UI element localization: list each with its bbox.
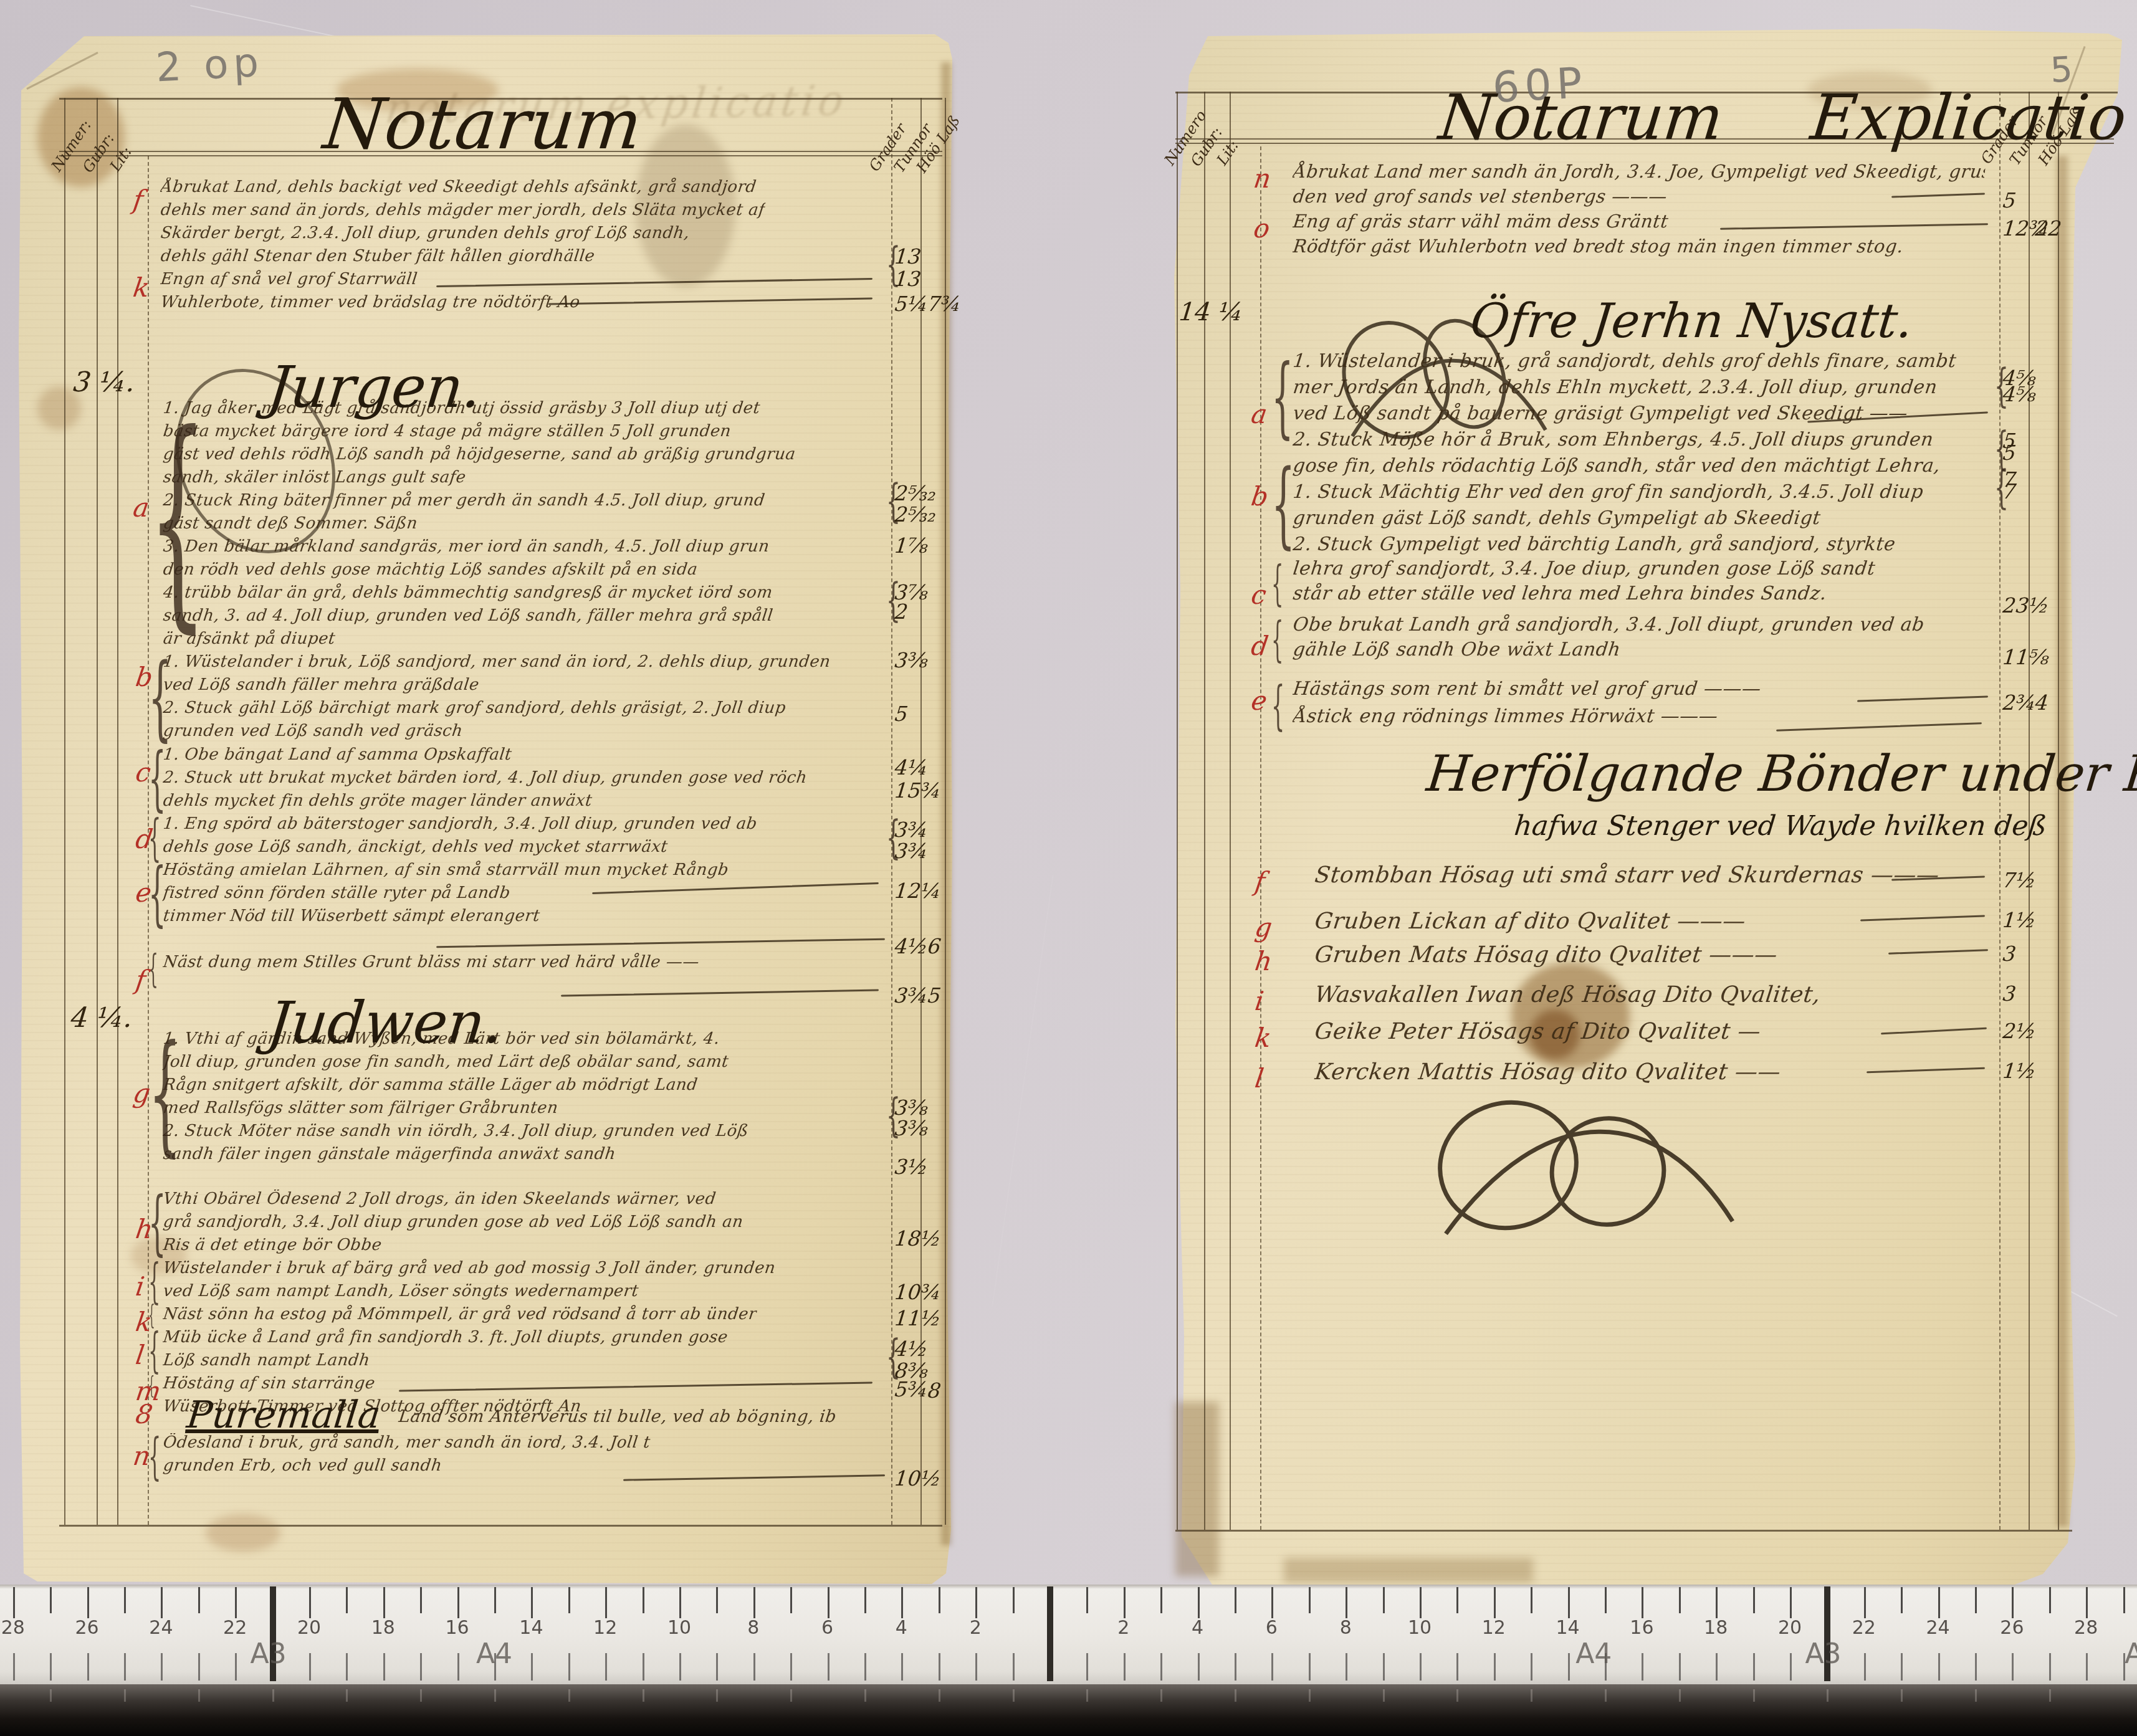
ruler-tick <box>1790 1587 1792 1618</box>
ruler-number: 26 <box>2000 1617 2024 1639</box>
ruler-tick <box>1235 1587 1236 1613</box>
margin-number: 3 ¼. <box>72 366 136 398</box>
ruler-tick <box>1309 1689 1311 1702</box>
manuscript-line: Engn af snå vel grof Starrwäll <box>160 270 419 289</box>
manuscript-line: gose fin, dehls rödachtig Löß sandh, stå… <box>1292 455 1942 477</box>
ruler-tick <box>346 1689 348 1702</box>
ruler-tick <box>1494 1587 1496 1618</box>
manuscript-line: Näst dung mem Stilles Grunt bläss mi sta… <box>162 953 700 971</box>
ruler-tick <box>679 1653 681 1681</box>
ruler-tick <box>2049 1653 2051 1681</box>
ruler-tick <box>790 1653 792 1681</box>
manuscript-line: Löß sandh nampt Landh <box>162 1351 371 1370</box>
ruler-number: 22 <box>223 1617 247 1639</box>
manuscript-line: Rödtför gäst Wuhlerbotn ved bredt stog m… <box>1292 236 1905 257</box>
section-heading-judwen: Judwen. <box>264 990 506 1056</box>
value-entry: 15¾ <box>894 778 942 803</box>
ruler-tick <box>420 1587 422 1613</box>
ruler-tick <box>901 1587 903 1618</box>
bed-scratch <box>992 874 1053 1306</box>
manuscript-line: 2. Stuck Möße hör å Bruk, som Ehnbergs, … <box>1292 429 1934 451</box>
table-rule-vertical <box>1260 146 1263 1530</box>
manuscript-line: Wuhlerbote, timmer ved brädslag tre nödt… <box>160 293 581 312</box>
manuscript-line: 2. Stuck Möter näse sandh vin iördh, 3.4… <box>162 1122 750 1140</box>
ruler-tick <box>1456 1689 1458 1702</box>
ruler-tick <box>13 1653 15 1681</box>
value-entry: 3 <box>2002 942 2017 966</box>
value-entry: 10¾ <box>894 1280 942 1304</box>
ruler-number: 2 <box>970 1617 982 1639</box>
ruler-tick <box>1124 1587 1126 1618</box>
ruler-tick <box>346 1587 348 1613</box>
ruler-tick <box>716 1653 718 1681</box>
ruler-tick <box>124 1587 126 1613</box>
ruler-number: 16 <box>446 1617 469 1639</box>
ruler-number: 16 <box>1630 1617 1653 1639</box>
ruler-tick <box>2012 1587 2014 1618</box>
section-heading-bonder: Herfölgande Bönder under Ryhof <box>1424 745 2137 803</box>
ruler-tick <box>13 1587 15 1618</box>
brace-mark: { <box>148 1327 160 1374</box>
manuscript-line: Åbrukat Land, dehls backigt ved Skeedigt… <box>160 178 757 196</box>
ruler-tick <box>790 1587 792 1613</box>
ruler-tick <box>383 1587 385 1618</box>
ruler-tick <box>1531 1689 1532 1702</box>
value-entry: 3 <box>2002 981 2017 1006</box>
ruler-tick <box>124 1653 126 1681</box>
ruler-tick <box>2012 1653 2014 1681</box>
ruler-tick <box>161 1653 163 1681</box>
brace-mark: { <box>148 1028 181 1159</box>
ruler-tick <box>1642 1587 1643 1618</box>
ruler-number: 4 <box>896 1617 907 1639</box>
value-entry: 5¾ <box>894 1377 929 1401</box>
manuscript-line: Gruben Lickan af dito Qvalitet ——— <box>1313 909 1747 934</box>
table-rule-vertical <box>64 98 65 1525</box>
value-entry: 3½ <box>894 1155 929 1179</box>
ruler-tick <box>50 1689 52 1702</box>
ruler-tick <box>1086 1653 1088 1681</box>
ruler-tick <box>1047 1586 1053 1681</box>
manuscript-line: Näst sönn ha estog på Mömmpell, är grå v… <box>162 1305 758 1323</box>
value-entry: 11½ <box>894 1306 942 1330</box>
section-heading-bonder-sub: hafwa Stenger ved Wayde hvilken deß <box>1513 810 2048 842</box>
table-rule-vertical <box>97 98 98 1525</box>
ruler-tick <box>1679 1587 1681 1613</box>
table-rule-vertical <box>117 98 118 1525</box>
manuscript-line: Skärder bergt, 2.3.4. Joll diup, grunden… <box>160 224 691 242</box>
ruler-tick <box>383 1653 385 1681</box>
manuscript-line: grunden Erb, och ved gull sandh <box>162 1456 443 1475</box>
ruler-tick <box>939 1653 940 1681</box>
value-entry: 1⅞ <box>894 533 929 558</box>
ruler-number: 10 <box>1408 1617 1432 1639</box>
ruler-tick <box>1901 1653 1903 1681</box>
ruler-tick <box>605 1653 607 1681</box>
ruler-tick <box>1420 1653 1422 1681</box>
manuscript-line: grunden ved Löß sandh ved gräsch <box>162 722 464 740</box>
brace-mark: { <box>148 1432 161 1482</box>
ruler-number: 8 <box>1340 1617 1352 1639</box>
ruler-number: 10 <box>667 1617 691 1639</box>
ruler-tick <box>1975 1587 1977 1613</box>
ruler-tick <box>1753 1653 1755 1681</box>
ruler-number: 20 <box>297 1617 321 1639</box>
ruler-tick <box>568 1653 570 1681</box>
ruler-tick <box>235 1653 237 1681</box>
margin-number: 14 ¼ <box>1178 298 1245 327</box>
manuscript-line: Eng af gräs starr vähl mäm dess Gräntt <box>1292 211 1670 232</box>
ruler-tick <box>1309 1587 1311 1613</box>
ruler-number: 14 <box>1556 1617 1580 1639</box>
ruler-tick <box>309 1587 311 1618</box>
ruler-tick <box>420 1653 422 1681</box>
brace-mark: { <box>148 950 158 988</box>
value-entry: 2 <box>894 599 909 624</box>
ruler-tick <box>1160 1587 1162 1613</box>
ruler-tick <box>1456 1653 1458 1681</box>
manuscript-line: Kercken Mattis Hösag dito Qvalitet —— <box>1313 1059 1782 1085</box>
ruler-tick <box>198 1653 200 1681</box>
ruler-number: 24 <box>149 1617 173 1639</box>
value-entry: 2¾ <box>2002 690 2037 715</box>
ruler-tick <box>494 1587 496 1613</box>
ruler-tick <box>1383 1587 1385 1613</box>
ruler-tick <box>1160 1653 1162 1681</box>
ruler-tick <box>1975 1689 1977 1702</box>
manuscript-line: Müb ücke å Land grå fin sandjordh 3. ft.… <box>162 1328 729 1347</box>
ruler-tick <box>1013 1653 1015 1681</box>
manuscript-line: Åstick eng rödnings limmes Hörwäxt ——— <box>1292 705 1719 727</box>
ruler-tick <box>643 1653 644 1681</box>
page-title-left: Notarum <box>320 84 646 165</box>
value-entry: 3¾ <box>894 839 929 863</box>
manuscript-line: den ved grof sands vel stenbergs ——— <box>1292 186 1668 207</box>
scanner-bed-edge <box>0 1684 2137 1736</box>
manuscript-line: mer Jords än Landh, dehls Ehln myckett, … <box>1292 376 1939 398</box>
ruler-tick <box>1124 1653 1126 1681</box>
table-rule-vertical <box>1177 92 1178 1530</box>
ruler-tick <box>1086 1689 1088 1702</box>
ruler-tick <box>864 1587 866 1613</box>
ruler-tick <box>1198 1653 1200 1681</box>
ruler-tick <box>1568 1587 1570 1618</box>
manuscript-line: lehra grof sandjordt, 3.4. Joe diup, gru… <box>1292 558 1876 579</box>
manuscript-line: Stombban Hösag uti små starr ved Skurder… <box>1313 862 1941 888</box>
manuscript-line: 2. Stuck Gympeligt ved bärchtig Landh, g… <box>1292 533 1897 555</box>
section-heading-jerhn: Öfre Jerhn Nysatt. <box>1468 293 1915 348</box>
manuscript-line: 2. Stuck Ring bäter finner på mer gerdh … <box>162 491 766 510</box>
ruler-number: 12 <box>1482 1617 1506 1639</box>
manuscript-line: Geike Peter Hösags af Dito Qvalitet — <box>1313 1019 1762 1044</box>
ruler-number: 20 <box>1778 1617 1802 1639</box>
ruler-tick <box>828 1653 829 1681</box>
ruler-tick <box>531 1653 533 1681</box>
value-entry: 18½ <box>894 1226 942 1251</box>
ruler-tick <box>790 1689 792 1702</box>
value-entry: 1½ <box>2002 1059 2037 1083</box>
page-title-right: Notarum Explicatio <box>1436 81 2130 154</box>
value-entry: 4¼ <box>894 755 929 780</box>
value-entry: 4⅝ <box>2002 382 2037 406</box>
ruler-number: 2 <box>1117 1617 1129 1639</box>
manuscript-line: 1. Wüstelander i bruk, grå sandjordt, de… <box>1292 350 1958 372</box>
manuscript-line: Gruben Mats Hösag dito Qvalitet ——— <box>1313 942 1779 968</box>
value-entry: 5 <box>2002 188 2017 212</box>
manuscript-line: 3. Den bälar mårkland sandgräs, mer iord… <box>162 537 770 556</box>
value-entry: 5¼ <box>894 292 929 316</box>
ruler-tick <box>1753 1689 1755 1702</box>
ruler-tick <box>568 1587 570 1613</box>
ruler-tick <box>1309 1653 1311 1681</box>
brace-mark: { <box>148 404 207 634</box>
ruler-tick <box>679 1587 681 1618</box>
ruler-tick <box>643 1689 644 1702</box>
ruler-tick <box>1235 1653 1236 1681</box>
manuscript-line: sandh fäler ingen gänstale mägerfinda an… <box>162 1145 617 1163</box>
manuscript-line: 2. Stuck utt brukat mycket bärden iord, … <box>162 768 808 787</box>
value-entry: 10½ <box>894 1466 942 1490</box>
brace-mark: { <box>1271 616 1283 663</box>
manuscript-line: 1. Eng spörd ab bäterstoger sandjordh, 3… <box>162 814 758 833</box>
manuscript-line: grunden gäst Löß sandt, dehls Gympeligt … <box>1292 507 1822 529</box>
ruler-tick <box>1383 1653 1385 1681</box>
manuscript-line: 4. trübb bälar än grå, dehls bämmechtig … <box>162 583 773 602</box>
ruler-tick <box>1827 1689 1829 1702</box>
ruler-tick <box>1346 1587 1347 1618</box>
manuscript-line: 1. Stuck Mächtig Ehr ved den grof fin sa… <box>1292 481 1924 503</box>
manuscript-line: Wasvakallen Iwan deß Hösag Dito Qvalitet… <box>1313 982 1822 1008</box>
ruler-tick <box>2086 1653 2088 1681</box>
value-entry: 3¾ <box>894 983 929 1008</box>
ruler-tick <box>1679 1689 1681 1702</box>
ruler-tick <box>864 1689 866 1702</box>
ruler-tick <box>346 1653 348 1681</box>
ruler-tick <box>975 1587 977 1618</box>
ruler-tick <box>531 1587 533 1618</box>
ruler-size-label: A4 <box>476 1638 512 1670</box>
manuscript-line: grå sandjordh, 3.4. Joll diup grunden go… <box>162 1213 744 1231</box>
manuscript-line: dehls mer sand än jords, dehls mägder me… <box>160 201 766 219</box>
manuscript-line: fistred sönn förden ställe ryter på Land… <box>162 884 512 902</box>
ruler-tick <box>87 1653 89 1681</box>
manuscript-line: Höstäng amielan Lährnen, af sin små star… <box>162 861 730 879</box>
ruler-tick <box>2049 1587 2051 1613</box>
brace-mark: { <box>1271 458 1295 551</box>
value-entry: 23½ <box>2002 593 2050 618</box>
manuscript-line: dehls gähl Stenar den Stuber fält hållen… <box>160 247 596 265</box>
ruler-tick <box>901 1653 903 1681</box>
ruler: 2826242220181614121086422468101214161820… <box>0 1585 2137 1684</box>
ruler-tick <box>939 1587 940 1613</box>
ruler-size-label: A <box>2125 1638 2137 1670</box>
ruler-tick <box>1975 1653 1977 1681</box>
manuscript-line: 2. Stuck gähl Löß bärchigt mark grof san… <box>162 699 787 717</box>
manuscript-line: sandh, skäler inlöst Langs gult safe <box>162 468 467 487</box>
ruler-number: 24 <box>1926 1617 1950 1639</box>
manuscript-line: 1. Wüstelander i bruk, Löß sandjord, mer… <box>162 652 831 671</box>
ruler-tick <box>828 1587 829 1618</box>
ruler-tick <box>1531 1587 1532 1613</box>
brace-mark: { <box>1271 679 1284 732</box>
ruler-tick <box>1383 1689 1385 1702</box>
ruler-tick <box>864 1653 866 1681</box>
ruler-tick <box>1679 1653 1681 1681</box>
value-entry: 6 <box>927 934 942 958</box>
ruler-tick <box>1901 1587 1903 1613</box>
brace-mark: { <box>1271 560 1283 607</box>
ruler-tick <box>457 1653 459 1681</box>
manuscript-line: timmer Nöd till Wüserbett sämpt elerange… <box>162 907 541 925</box>
ruler-size-label: A3 <box>251 1638 287 1670</box>
ruler-number: 26 <box>75 1617 99 1639</box>
ruler-tick <box>939 1689 940 1702</box>
ruler-tick <box>1346 1653 1347 1681</box>
margin-number: 4 ¼. <box>69 1002 134 1034</box>
manuscript-line: ved Löß sam nampt Landh, Löser söngts we… <box>162 1282 639 1300</box>
value-entry: 13 <box>894 267 922 291</box>
ruler-tick <box>1864 1587 1866 1618</box>
ruler-tick <box>198 1587 200 1613</box>
manuscript-line: gähle Löß sandh Obe wäxt Landh <box>1292 639 1622 661</box>
ruler-tick <box>1716 1653 1718 1681</box>
manuscript-line: ved Löß sandh fäller mehra gräßdale <box>162 675 480 694</box>
ruler-tick <box>1420 1587 1422 1618</box>
ruler-number: 18 <box>371 1617 395 1639</box>
value-entry: 4 <box>2034 690 2050 715</box>
ruler-tick <box>1271 1653 1273 1681</box>
ruler-tick <box>605 1587 607 1618</box>
ruler-tick <box>753 1653 755 1681</box>
ruler-number: 4 <box>1192 1617 1203 1639</box>
scanned-manuscript: { "scan": { "pencil_note_left": "2 op", … <box>0 0 2137 1736</box>
ruler-tick <box>494 1689 496 1702</box>
ruler-tick <box>1160 1689 1162 1702</box>
ruler-tick <box>1605 1689 1607 1702</box>
ruler-size-label: A3 <box>1805 1638 1841 1670</box>
value-entry: 7 <box>2002 479 2017 503</box>
ruler-tick <box>1901 1689 1903 1702</box>
table-rule-horizontal <box>59 1525 942 1527</box>
section-heading-jurgen: Jurgen. <box>264 354 484 421</box>
ruler-tick <box>753 1587 755 1618</box>
ruler-tick <box>124 1689 126 1702</box>
ruler-tick <box>235 1587 237 1618</box>
ruler-tick <box>1605 1587 1607 1613</box>
manuscript-line: Hästängs som rent bi smått vel grof grud… <box>1292 678 1762 700</box>
value-entry: 22 <box>2034 216 2063 241</box>
ruler-tick <box>1456 1587 1458 1613</box>
ruler-tick <box>309 1653 311 1681</box>
ruler-tick <box>87 1587 89 1618</box>
value-entry: 11⅝ <box>2002 645 2050 669</box>
ruler-tick <box>2049 1689 2051 1702</box>
ruler-number: 28 <box>2074 1617 2098 1639</box>
value-entry: 2½ <box>2002 1019 2037 1043</box>
manuscript-line: Obe brukat Landh grå sandjordh, 3.4. Jol… <box>1292 614 1926 636</box>
section-heading-puremalla: Puremalla <box>184 1393 382 1437</box>
ruler-number: 6 <box>1266 1617 1278 1639</box>
manuscript-line: Vthi Obärel Ödesend 2 Joll drogs, än ide… <box>162 1190 717 1208</box>
ruler-number: 6 <box>821 1617 833 1639</box>
value-entry: 3⅜ <box>894 1116 929 1140</box>
ruler-tick <box>1753 1587 1755 1613</box>
brace-mark: { <box>148 1257 160 1305</box>
manuscript-line: bästa mycket bärgere iord 4 stage på mäg… <box>162 422 732 441</box>
ruler-number: 18 <box>1704 1617 1728 1639</box>
ruler-tick <box>1531 1653 1532 1681</box>
value-entry: 4½ <box>894 934 929 958</box>
ruler-tick <box>643 1587 644 1613</box>
ruler-tick <box>1086 1587 1088 1613</box>
manuscript-line: Wüstelander i bruk af bärg grå ved ab go… <box>162 1259 777 1277</box>
manuscript-line: gäst ved dehls rödh Löß sandh på höjdges… <box>162 445 796 464</box>
ruler-number: 8 <box>747 1617 759 1639</box>
brace-mark: { <box>148 744 166 814</box>
pencil-annotation-left: 2 op <box>155 40 264 92</box>
ruler-number: 14 <box>519 1617 543 1639</box>
ruler-tick <box>198 1689 200 1702</box>
ruler-tick <box>1938 1587 1940 1618</box>
manuscript-line: sandh, 3. ad 4. Joll diup, grunden ved L… <box>162 606 774 625</box>
manuscript-line: Höstäng af sin starränge <box>162 1374 376 1393</box>
ruler-number: 28 <box>1 1617 25 1639</box>
ruler-tick <box>1013 1689 1015 1702</box>
ruler-tick <box>1235 1689 1236 1702</box>
value-entry: 8 <box>927 1378 942 1403</box>
ruler-tick <box>1938 1653 1940 1681</box>
ruler-tick <box>716 1689 718 1702</box>
ruler-tick <box>420 1689 422 1702</box>
ruler-tick <box>272 1689 274 1702</box>
value-entry: 2⁵⁄₃₂ <box>894 502 937 527</box>
ruler-tick <box>1198 1587 1200 1618</box>
ruler-size-label: A4 <box>1575 1638 1612 1670</box>
manuscript-line: Åbrukat Land mer sandh än Jordh, 3.4. Jo… <box>1292 161 1986 182</box>
ruler-tick <box>50 1653 52 1681</box>
table-rule-horizontal <box>1175 1530 2072 1532</box>
ruler-tick <box>1271 1587 1273 1618</box>
value-entry: 5 <box>927 983 942 1008</box>
manuscript-line: med Rallsfögs slätter som fälriger Gråbr… <box>162 1099 559 1117</box>
ruler-tick <box>1568 1653 1570 1681</box>
value-entry: 7½ <box>2002 868 2037 892</box>
ruler-tick <box>457 1587 459 1618</box>
ruler-tick <box>975 1653 977 1681</box>
value-entry: 3⅜ <box>894 648 929 672</box>
ruler-tick <box>1642 1653 1643 1681</box>
manuscript-line: Ris ä det etinge bör Obbe <box>162 1236 383 1254</box>
value-entry: 13 <box>894 244 922 269</box>
ruler-tick <box>2086 1587 2088 1618</box>
ruler-tick <box>50 1587 52 1613</box>
ruler-tick <box>1864 1653 1866 1681</box>
ruler-tick <box>161 1587 163 1618</box>
ruler-tick <box>1494 1653 1496 1681</box>
value-entry: 1½ <box>2002 908 2037 932</box>
manuscript-line: dehls mycket fin dehls gröte mager lände… <box>162 791 593 810</box>
ruler-tick <box>1790 1653 1792 1681</box>
ruler-tick <box>1013 1587 1015 1613</box>
manuscript-line: dehls gose Löß sandh, änckigt, dehls ved… <box>162 837 669 856</box>
brace-mark: { <box>1271 354 1294 441</box>
value-entry: 12¼ <box>894 879 942 903</box>
manuscript-line: Rågn snitgert afskilt, dör samma ställe … <box>162 1075 699 1094</box>
manuscript-line: den rödh ved dehls gose mächtig Löß sand… <box>162 560 699 579</box>
ruler-tick <box>716 1587 718 1613</box>
value-entry: 5 <box>2002 441 2017 465</box>
manuscript-line: står ab etter ställe ved lehra med Lehra… <box>1292 583 1828 604</box>
